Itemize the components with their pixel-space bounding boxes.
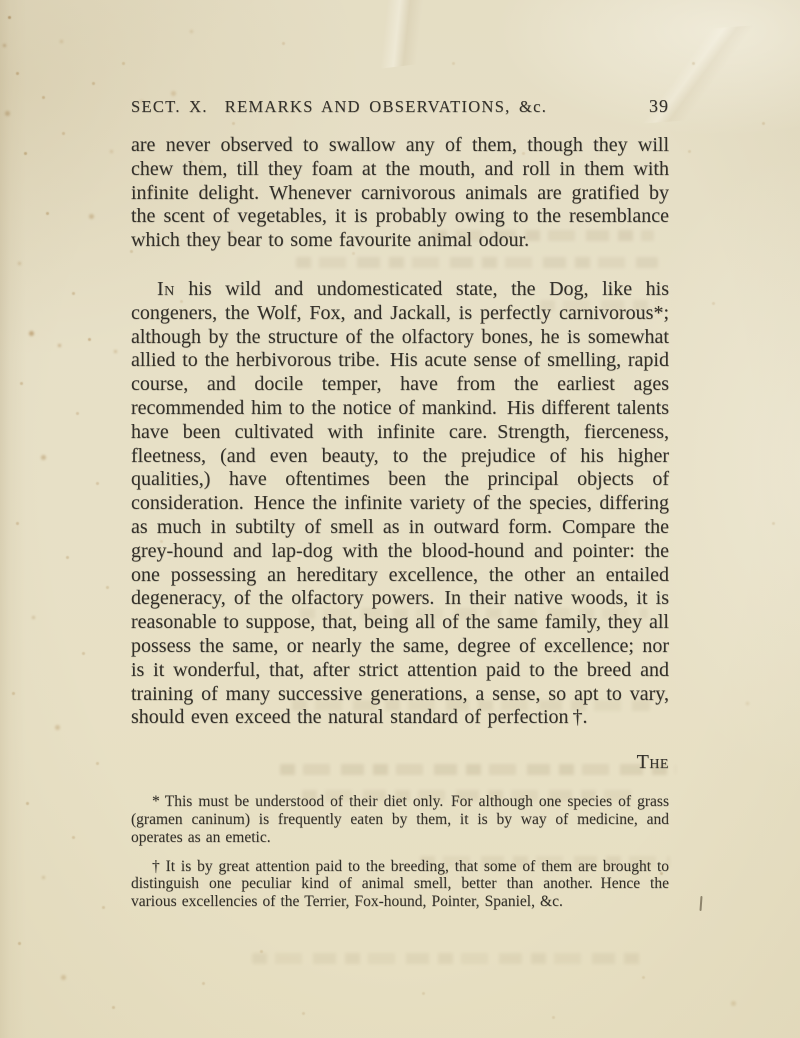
paragraph-text: his wild and undomesticated state, the D… [131,278,669,728]
body-paragraph: are never observed to swallow any of the… [131,134,669,253]
page-number: 39 [649,96,669,117]
ink-showthrough [252,953,640,964]
foxing-spots [0,0,3,3]
paper-crease [276,0,524,80]
page-content: SECT. X. REMARKS AND OBSERVATIONS, &c. 3… [131,96,669,911]
footnote-marker: * [152,793,160,810]
ink-mark [699,896,702,911]
footnote-text: It is by great attention paid to the bre… [131,858,669,911]
body-paragraph: In his wild and undomesticated state, th… [131,278,669,730]
section-label: SECT. X. [131,97,208,117]
paragraph-lead: In [157,278,175,300]
footnote: *This must be understood of their diet o… [131,793,669,846]
catchword: The [131,751,669,774]
foxing-spots [0,0,3,3]
running-header: SECT. X. REMARKS AND OBSERVATIONS, &c. 3… [131,96,669,117]
footnote-marker: † [152,858,161,875]
footnotes: *This must be understood of their diet o… [131,793,669,911]
book-page-scan: SECT. X. REMARKS AND OBSERVATIONS, &c. 3… [0,0,800,1038]
running-title: REMARKS AND OBSERVATIONS, &c. [225,97,547,117]
footnote-text: This must be understood of their diet on… [131,793,669,846]
footnote: †It is by great attention paid to the br… [131,858,669,911]
